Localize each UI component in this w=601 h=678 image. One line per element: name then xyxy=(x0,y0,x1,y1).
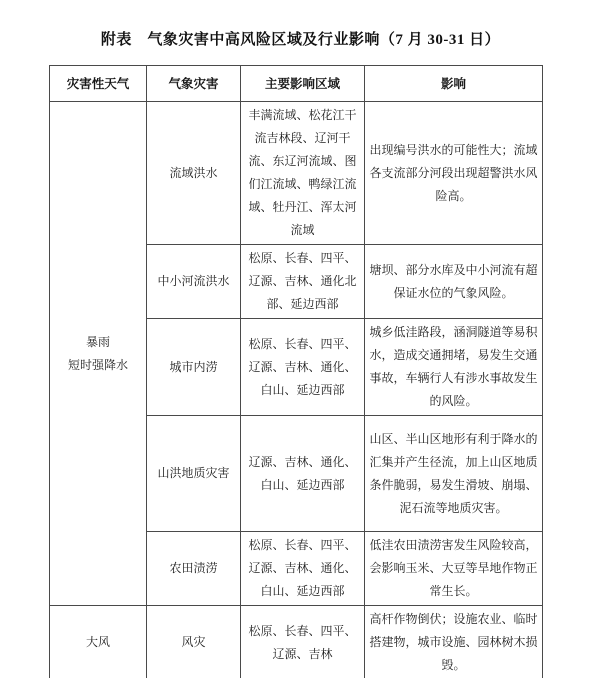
impact-cell: 塘坝、部分水库及中小河流有超保证水位的气象风险。 xyxy=(365,245,543,319)
table-row: 大风 风灾 松原、长春、四平、辽源、吉林 高杆作物倒伏；设施农业、临时搭建物，城… xyxy=(50,606,543,678)
header-row: 灾害性天气 气象灾害 主要影响区域 影响 xyxy=(50,66,543,102)
disaster-cell: 中小河流洪水 xyxy=(147,245,241,319)
table-row: 暴雨 短时强降水 流域洪水 丰满流域、松花江干流吉林段、辽河干流、东辽河流域、图… xyxy=(50,102,543,245)
regions-cell: 松原、长春、四平、辽源、吉林、通化北部、延边西部 xyxy=(241,245,365,319)
weather-line: 暴雨 xyxy=(54,331,142,354)
header-cell-regions: 主要影响区域 xyxy=(241,66,365,102)
weather-line: 大风 xyxy=(54,631,142,654)
impact-cell: 城乡低洼路段，涵洞隧道等易积水，造成交通拥堵，易发生交通事故，车辆行人有涉水事故… xyxy=(365,319,543,416)
weather-cell-gale: 大风 xyxy=(50,606,147,678)
disaster-cell: 风灾 xyxy=(147,606,241,678)
weather-cell-rainstorm: 暴雨 短时强降水 xyxy=(50,102,147,606)
header-cell-weather: 灾害性天气 xyxy=(50,66,147,102)
regions-cell: 松原、长春、四平、辽源、吉林、通化、白山、延边西部 xyxy=(241,319,365,416)
header-cell-disaster: 气象灾害 xyxy=(147,66,241,102)
regions-cell: 松原、长春、四平、辽源、吉林 xyxy=(241,606,365,678)
regions-cell: 丰满流域、松花江干流吉林段、辽河干流、东辽河流域、图们江流域、鸭绿江流域、牡丹江… xyxy=(241,102,365,245)
document-page: 附表 气象灾害中高风险区域及行业影响（7 月 30-31 日） 灾害性天气 气象… xyxy=(0,0,601,678)
disaster-cell: 农田渍涝 xyxy=(147,532,241,606)
page-title: 附表 气象灾害中高风险区域及行业影响（7 月 30-31 日） xyxy=(0,28,601,49)
disaster-cell: 山洪地质灾害 xyxy=(147,416,241,532)
weather-line: 短时强降水 xyxy=(54,354,142,377)
impact-cell: 高杆作物倒伏；设施农业、临时搭建物，城市设施、园林树木损毁。 xyxy=(365,606,543,678)
disaster-risk-table: 灾害性天气 气象灾害 主要影响区域 影响 暴雨 短时强降水 流域洪水 丰满流域、… xyxy=(49,65,543,678)
regions-cell: 松原、长春、四平、辽源、吉林、通化、白山、延边西部 xyxy=(241,532,365,606)
impact-cell: 低洼农田渍涝害发生风险较高，会影响玉米、大豆等旱地作物正常生长。 xyxy=(365,532,543,606)
disaster-cell: 城市内涝 xyxy=(147,319,241,416)
regions-cell: 辽源、吉林、通化、白山、延边西部 xyxy=(241,416,365,532)
impact-cell: 出现编号洪水的可能性大；流域各支流部分河段出现超警洪水风险高。 xyxy=(365,102,543,245)
impact-cell: 山区、半山区地形有利于降水的汇集并产生径流，加上山区地质条件脆弱，易发生滑坡、崩… xyxy=(365,416,543,532)
disaster-cell: 流域洪水 xyxy=(147,102,241,245)
header-cell-impact: 影响 xyxy=(365,66,543,102)
